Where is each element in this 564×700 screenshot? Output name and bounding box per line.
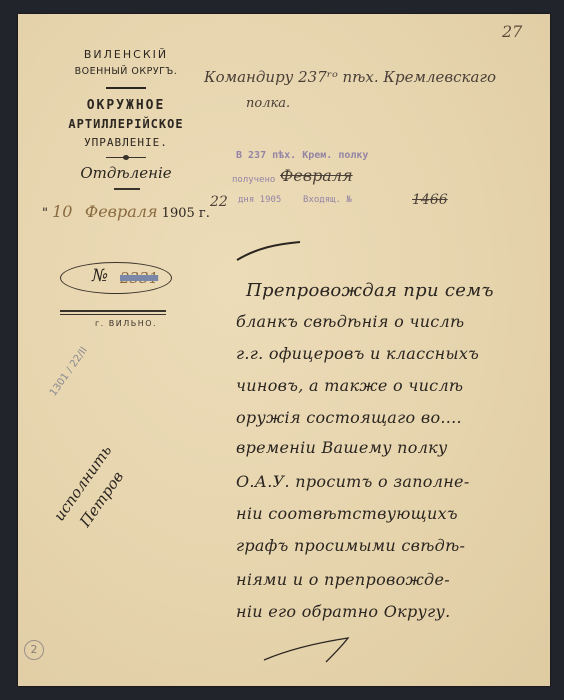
signature-flourish-icon [262,634,362,664]
body-line: ніи соотвѣтствующихъ [236,504,458,523]
pencil-margin-note: 1301 / 22/II [48,345,90,398]
document-page: 27 ВИЛЕНСКІЙ ВОЕННЫЙ ОКРУГЪ. ОКРУЖНОЕ АР… [18,14,550,686]
body-line: Препровождая при семъ [246,280,494,301]
body-line: чиновъ, а также о числѣ [236,376,463,395]
body-line: г.г. офицеровъ и классныхъ [236,344,479,363]
circled-page-number: 2 [24,640,44,660]
date-day: 10 [52,202,72,221]
body-line: оружія состоящаго во.... [236,408,462,427]
addressee-line2: полка. [246,96,290,111]
letterhead-office-line1: ОКРУЖНОЕ [46,98,206,113]
outgoing-number: 2331 [120,269,158,287]
received-stamp-day: 22 [210,194,228,210]
ornament-divider [106,157,146,158]
city-rule-thin [60,314,166,315]
department-underline [114,188,140,190]
body-line: ніи его обратно Округу. [236,602,450,621]
addressee-line1: Командиру 237ʳᵒ пѣх. Кремлевскаго [204,68,496,86]
received-stamp-number: 1466 [412,192,448,208]
number-label: № [92,266,108,286]
received-stamp-month: Февраля [280,166,353,185]
letterhead-office-line2: АРТИЛЛЕРІЙСКОЕ [46,117,206,131]
date-month: Февраля [85,202,158,221]
city-label: г. ВИЛЬНО. [46,319,206,328]
letterhead-district-line2: ВОЕННЫЙ ОКРУГЪ. [46,66,206,77]
received-stamp-label: получено [232,175,275,185]
letterhead-divider [106,87,146,89]
date-open-quote: " [42,206,48,221]
received-stamp-incoming-label: Входящ. № [303,195,352,205]
letterhead-office-line3: УПРАВЛЕНІЕ. [46,136,206,149]
folio-number: 27 [502,22,522,41]
date-line: " 10 Февраля 1905 г. [42,202,210,221]
text-flourish-icon [232,238,302,268]
body-line: графъ просимыми свѣдѣ- [236,536,465,555]
body-line: бланкъ свѣдѣнія о числѣ [236,312,464,331]
department-label: Отдѣленіе [46,164,206,182]
letterhead-district-line1: ВИЛЕНСКІЙ [46,48,206,61]
body-line: временіи Вашему полку [236,438,448,457]
received-stamp-line1: В 237 пѣх. Крем. полку [236,150,368,161]
received-stamp-year: дня 1905 [238,195,281,205]
received-stamp-line3: дня 1905 Входящ. № [238,195,352,205]
city-rule-thick [60,310,166,312]
body-line: ніями и о препровожде- [236,570,450,589]
body-line: О.А.У. проситъ о заполне- [236,472,470,491]
date-year: 1905 г. [162,206,210,221]
